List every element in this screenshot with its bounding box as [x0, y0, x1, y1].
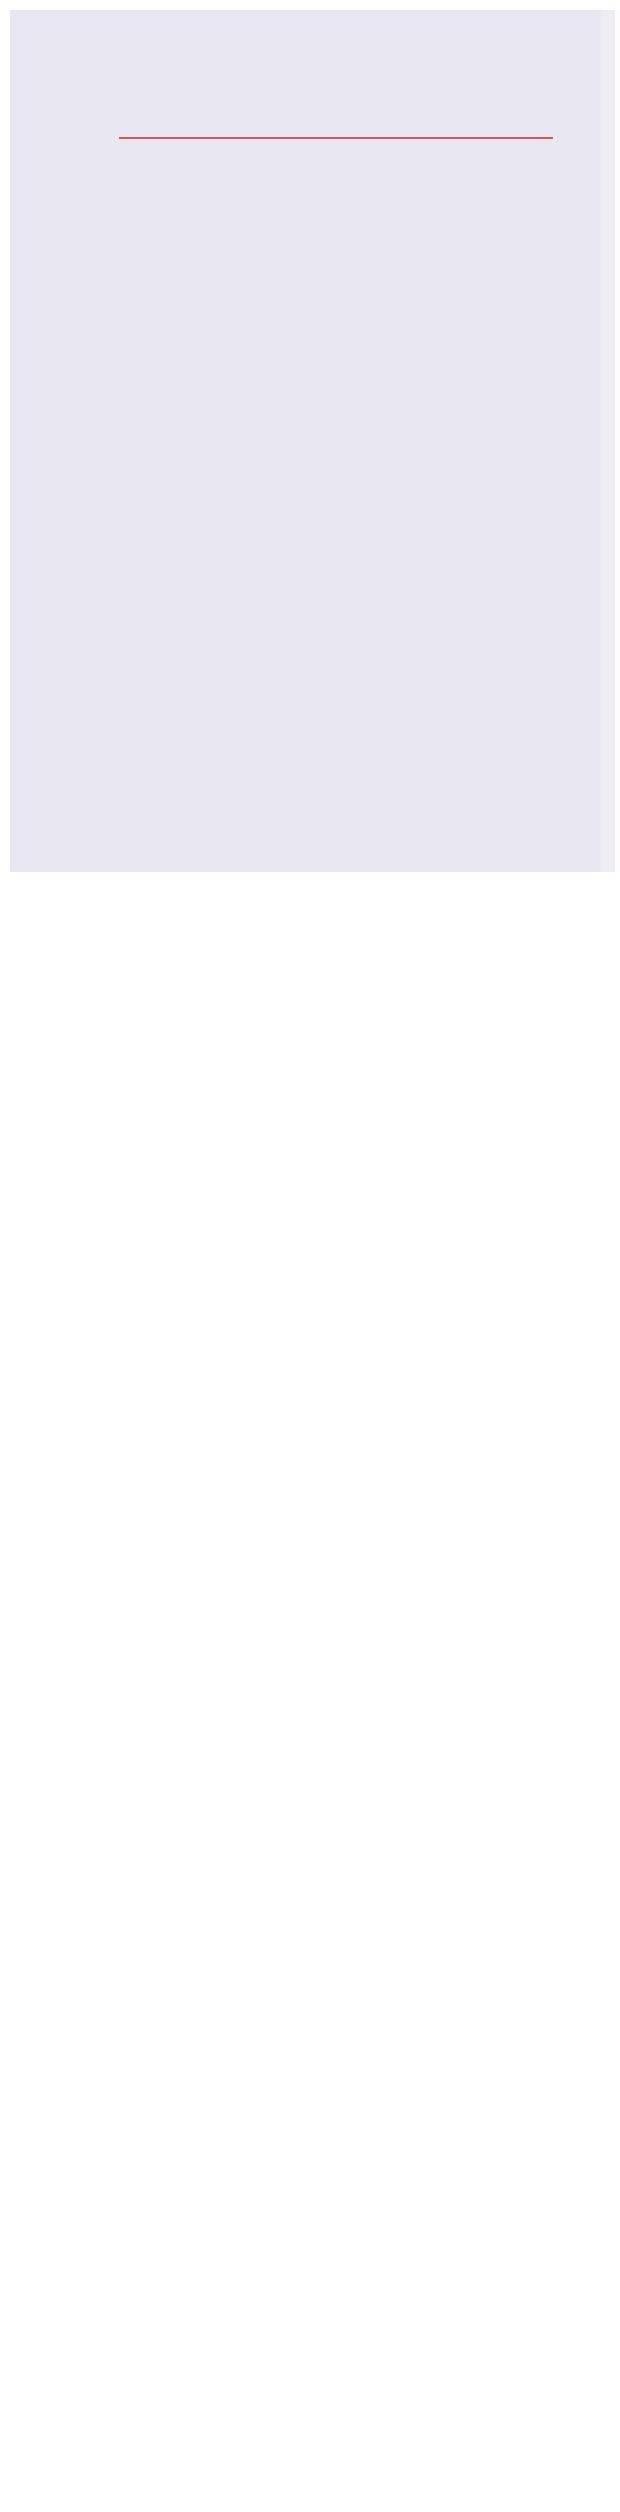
page-1 [10, 10, 615, 872]
page-edge [615, 10, 620, 872]
letterhead-divider [119, 137, 553, 139]
